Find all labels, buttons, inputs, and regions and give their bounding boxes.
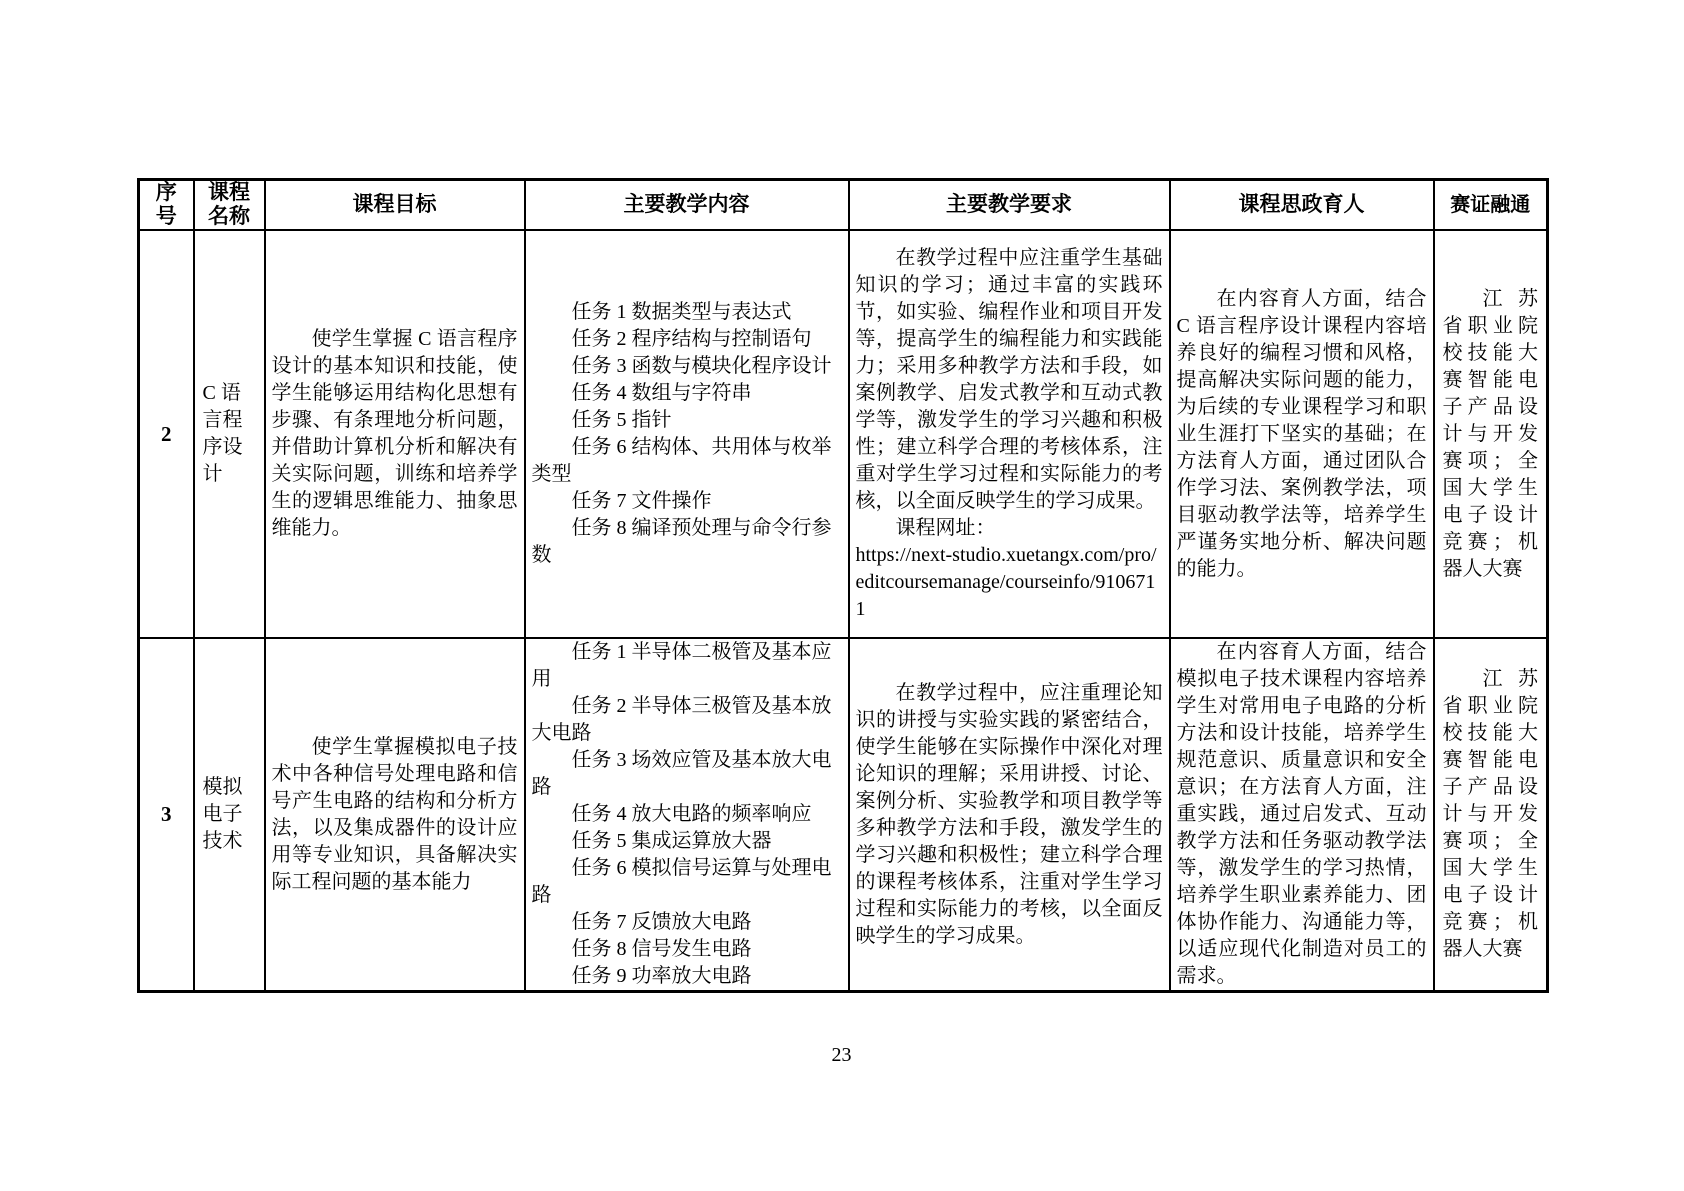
- course-url-label: 课程网址：: [856, 515, 1163, 542]
- task-item: 任务 1 半导体二极管及基本应用: [532, 639, 842, 693]
- task-item: 任务 5 集成运算放大器: [532, 828, 842, 855]
- task-item: 任务 7 反馈放大电路: [532, 909, 842, 936]
- teaching-requirements-text: 在教学过程中，应注重理论知识的讲授与实验实践的紧密结合，使学生能够在实际操作中深…: [856, 680, 1163, 950]
- header-ideology: 课程思政育人: [1170, 180, 1434, 231]
- task-item: 任务 6 模拟信号运算与处理电路: [532, 855, 842, 909]
- competition-cell: 江苏省职业院校技能大赛智能电子产品设计与开发赛项；全国大学生电子设计竞赛；机器人…: [1434, 638, 1548, 992]
- page-number: 23: [137, 1042, 1546, 1069]
- task-item: 任务 6 结构体、共用体与枚举类型: [532, 434, 842, 488]
- ideology-text: 在内容育人方面，结合 C 语言程序设计课程内容培养良好的编程习惯和风格，提高解决…: [1177, 286, 1427, 583]
- task-item: 任务 2 半导体三极管及基本放大电路: [532, 693, 842, 747]
- task-item: 任务 3 场效应管及基本放大电路: [532, 747, 842, 801]
- task-item: 任务 4 数组与字符串: [532, 380, 842, 407]
- course-url: https://next-studio.xuetangx.com/pro/edi…: [856, 542, 1163, 623]
- row-number: 3: [139, 638, 194, 992]
- header-course-name: 课程 名称: [194, 180, 265, 231]
- teaching-requirements-cell: 在教学过程中，应注重理论知识的讲授与实验实践的紧密结合，使学生能够在实际操作中深…: [849, 638, 1170, 992]
- teaching-content-cell: 任务 1 半导体二极管及基本应用任务 2 半导体三极管及基本放大电路任务 3 场…: [525, 638, 849, 992]
- task-item: 任务 4 放大电路的频率响应: [532, 801, 842, 828]
- course-objective-text: 使学生掌握模拟电子技术中各种信号处理电路和信号产生电路的结构和分析方法，以及集成…: [272, 734, 518, 896]
- header-teaching-requirements: 主要教学要求: [849, 180, 1170, 231]
- curriculum-table: 序 号 课程 名称 课程目标 主要教学内容 主要教学要求 课程思政育人 赛证融通…: [137, 178, 1549, 993]
- task-item: 任务 2 程序结构与控制语句: [532, 326, 842, 353]
- teaching-requirements-cell: 在教学过程中应注重学生基础知识的学习；通过丰富的实践环节，如实验、编程作业和项目…: [849, 230, 1170, 638]
- header-teaching-content: 主要教学内容: [525, 180, 849, 231]
- competition-text: 江苏省职业院校技能大赛智能电子产品设计与开发赛项；全国大学生电子设计竞赛；机器人…: [1443, 286, 1539, 583]
- task-item: 任务 8 编译预处理与命令行参数: [532, 515, 842, 569]
- task-item: 任务 9 功率放大电路: [532, 963, 842, 990]
- competition-text: 江苏省职业院校技能大赛智能电子产品设计与开发赛项；全国大学生电子设计竞赛；机器人…: [1443, 666, 1539, 963]
- ideology-text: 在内容育人方面，结合模拟电子技术课程内容培养学生对常用电子电路的分析方法和设计技…: [1177, 639, 1427, 990]
- course-objective-cell: 使学生掌握 C 语言程序设计的基本知识和技能，使学生能够运用结构化思想有步骤、有…: [265, 230, 525, 638]
- document-page: 序 号 课程 名称 课程目标 主要教学内容 主要教学要求 课程思政育人 赛证融通…: [137, 178, 1546, 993]
- course-name: C 语言程序设计: [194, 230, 265, 638]
- header-no: 序 号: [139, 180, 194, 231]
- header-course-objective: 课程目标: [265, 180, 525, 231]
- table-row-course-2: 2 C 语言程序设计 使学生掌握 C 语言程序设计的基本知识和技能，使学生能够运…: [139, 230, 1548, 638]
- row-number: 2: [139, 230, 194, 638]
- teaching-content-cell: 任务 1 数据类型与表达式任务 2 程序结构与控制语句任务 3 函数与模块化程序…: [525, 230, 849, 638]
- ideology-cell: 在内容育人方面，结合 C 语言程序设计课程内容培养良好的编程习惯和风格，提高解决…: [1170, 230, 1434, 638]
- header-competition: 赛证融通: [1434, 180, 1548, 231]
- competition-cell: 江苏省职业院校技能大赛智能电子产品设计与开发赛项；全国大学生电子设计竞赛；机器人…: [1434, 230, 1548, 638]
- task-item: 任务 7 文件操作: [532, 488, 842, 515]
- header-row: 序 号 课程 名称 课程目标 主要教学内容 主要教学要求 课程思政育人 赛证融通: [139, 180, 1548, 231]
- task-item: 任务 3 函数与模块化程序设计: [532, 353, 842, 380]
- course-name: 模拟电子技术: [194, 638, 265, 992]
- task-item: 任务 8 信号发生电路: [532, 936, 842, 963]
- task-item: 任务 5 指针: [532, 407, 842, 434]
- course-objective-text: 使学生掌握 C 语言程序设计的基本知识和技能，使学生能够运用结构化思想有步骤、有…: [272, 326, 518, 542]
- course-objective-cell: 使学生掌握模拟电子技术中各种信号处理电路和信号产生电路的结构和分析方法，以及集成…: [265, 638, 525, 992]
- teaching-requirements-text: 在教学过程中应注重学生基础知识的学习；通过丰富的实践环节，如实验、编程作业和项目…: [856, 245, 1163, 515]
- ideology-cell: 在内容育人方面，结合模拟电子技术课程内容培养学生对常用电子电路的分析方法和设计技…: [1170, 638, 1434, 992]
- task-item: 任务 1 数据类型与表达式: [532, 299, 842, 326]
- table-row-course-3: 3 模拟电子技术 使学生掌握模拟电子技术中各种信号处理电路和信号产生电路的结构和…: [139, 638, 1548, 992]
